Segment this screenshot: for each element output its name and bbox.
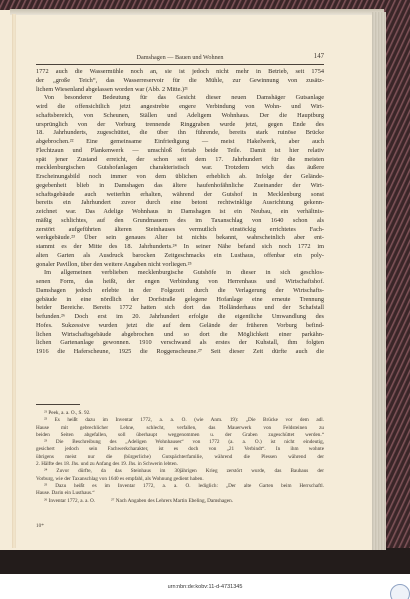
footnote-line: übrigens meist nur die (bürgerliche) Gut… bbox=[36, 454, 324, 461]
page-stack-edges bbox=[372, 12, 386, 550]
text-line: Flechtzaun und Plankenwerk — umschloß fo… bbox=[36, 147, 324, 156]
book-gutter bbox=[12, 14, 16, 548]
page-number: 147 bbox=[314, 53, 324, 60]
scan-bottom-shadow bbox=[0, 548, 410, 574]
text-line: Im allgemeinen verblieben mecklenburgisc… bbox=[36, 269, 324, 278]
text-line: lichen Wirtschaftsgebäude abgebrochen un… bbox=[36, 331, 324, 340]
text-line: spät jener Zustand erreicht, der schon s… bbox=[36, 156, 324, 165]
text-line: Damshagen jedoch erlebte in der Folgezei… bbox=[36, 287, 324, 296]
running-head: Damshagen — Bauen und Wohnen 147 bbox=[36, 52, 324, 65]
text-line: mäßig schlichtes, auf den Grundmauern de… bbox=[36, 217, 324, 226]
text-line: 1916 die Haferscheune, 1925 die Roggensc… bbox=[36, 348, 324, 357]
text-line: Von besonderer Bedeutung für das Gesicht… bbox=[36, 94, 324, 103]
text-line: 18. Jahrhunderts, zugeschüttet, die über… bbox=[36, 129, 324, 138]
text-line: stammt es der Mitte des 18. Jahrhunderts… bbox=[36, 243, 324, 252]
footnote-line: gesichert jedoch sein Fachwerkcharakter,… bbox=[36, 446, 324, 453]
text-line: befunden.²⁶ Doch erst im 20. Jahrhundert… bbox=[36, 313, 324, 322]
footnotes: ²¹ Peek, a. a. O., S. 92. ²² Es heißt da… bbox=[36, 410, 324, 505]
text-line: 1772 auch die Wassermühle noch an, sie i… bbox=[36, 68, 324, 77]
text-line: alten Garten als Ausdruck barocken Zeitg… bbox=[36, 252, 324, 261]
library-stamp-icon bbox=[390, 584, 410, 599]
text-line: werkgebäude.²³ Über sein genaues Alter i… bbox=[36, 234, 324, 243]
text-line: wird die offensichtlich jetzt angestrebt… bbox=[36, 103, 324, 112]
text-line: abgebrochen.²² Eine gemeinsame Einfriedi… bbox=[36, 138, 324, 147]
footnote-line: Vorburg, wie der Taxanschlag von 1640 es… bbox=[36, 476, 324, 483]
text-line: zerstört aufgeführten älteren Steinhause… bbox=[36, 226, 324, 235]
running-head-title: Damshagen — Bauen und Wohnen bbox=[36, 54, 324, 61]
footnote-line: ²⁴ Zuvor dürfte, da das Steinhaus im 30j… bbox=[36, 468, 324, 475]
footnote-line: ²² Es heißt dazu im Inventar 1772, a. a.… bbox=[36, 417, 324, 424]
footnote-line: Hause. Darin ein Lusthaus.“ bbox=[36, 490, 324, 497]
footnote-26: ²⁶ Inventar 1772, a. a. O. bbox=[44, 498, 95, 505]
text-line: zeichnet war. Das Adelige Wohnhaus in Da… bbox=[36, 208, 324, 217]
text-line: schaftsgebäude auch weiterhin erhalten, … bbox=[36, 191, 324, 200]
text-line: bereits ein Jahrhundert zuvor durch eine… bbox=[36, 199, 324, 208]
text-line: gegebenheit blieb in Damshagen das älter… bbox=[36, 182, 324, 191]
text-line: Erscheinungsbild noch immer von dem übli… bbox=[36, 173, 324, 182]
text-line: ursprünglich von der Vorburg trennende R… bbox=[36, 121, 324, 130]
text-line: Hofes. Sukzessive wurden jetzt die auf d… bbox=[36, 322, 324, 331]
footnote-27: ²⁷ Nach Angaben des Lehrers Martin Ebeli… bbox=[111, 498, 233, 505]
page-top-edge bbox=[10, 9, 384, 15]
footnote-line: Hause mit gebrechlicher Lehne, schlecht,… bbox=[36, 425, 324, 432]
text-line: beider Bereiche. Bereits 1772 hatten sic… bbox=[36, 304, 324, 313]
signature-mark: 10* bbox=[36, 523, 44, 529]
text-line: gonaler Pavillon, über den weitere Angab… bbox=[36, 261, 324, 270]
footnote-divider bbox=[36, 404, 80, 405]
text-line: schaftsbereich, von Scheunen, Ställen un… bbox=[36, 112, 324, 121]
text-line: lichem Wiesenland abgelassen worden war … bbox=[36, 86, 324, 95]
text-line: gebäude in eine nördlich der Dorfstraße … bbox=[36, 296, 324, 305]
scanned-book-background: Damshagen — Bauen und Wohnen 147 1772 au… bbox=[0, 0, 410, 574]
text-line: senen Form, das heißt, der engen Verbind… bbox=[36, 278, 324, 287]
text-line: der „große Teich“, das Wasserreservoir f… bbox=[36, 77, 324, 86]
text-line: lichen Gartenanlage gewonnen. 1910 versc… bbox=[36, 339, 324, 348]
body-text: 1772 auch die Wassermühle noch an, sie i… bbox=[36, 68, 324, 357]
text-line: mecklenburgischen Gutshofanlagen charakt… bbox=[36, 164, 324, 173]
urn-identifier: urn:nbn:de:kobv:11-d-4731345 bbox=[0, 584, 410, 590]
footnote-pair: ²⁶ Inventar 1772, a. a. O. ²⁷ Nach Angab… bbox=[36, 498, 324, 505]
